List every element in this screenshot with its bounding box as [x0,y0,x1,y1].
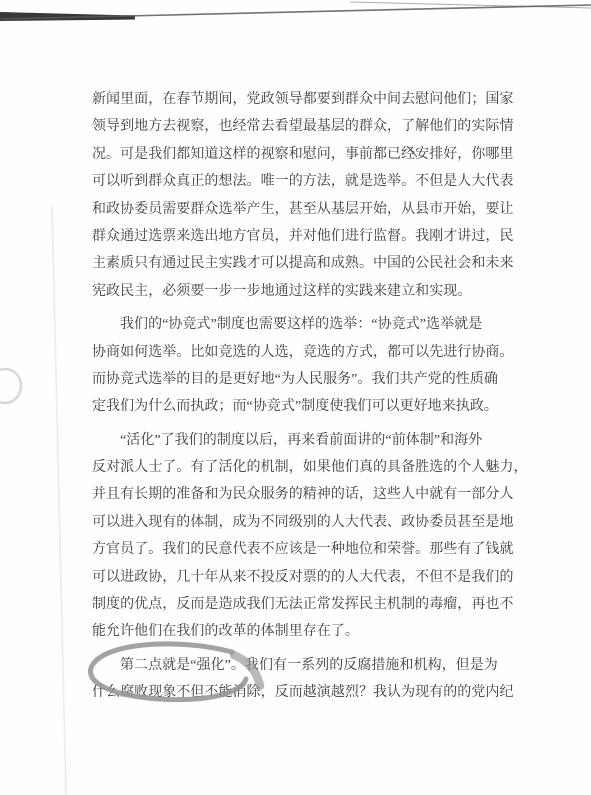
document-text: 新闻里面，在春节期间，党政领导都要到群众中间去慰问他们；国家领导到地方去视察，也… [92,86,518,707]
paper-edge-shadow [52,205,66,795]
margin-pencil-mark [0,369,21,403]
scan-edge-artifacts [0,2,591,21]
scan-edge-line-topright [350,2,591,8]
text-line: 宪政民主，必须要一步一步地通过这样的实践来建立和实现。 [92,278,518,305]
text-line: 并且有长期的准备和为民众服务的精神的话，这些人中就有一部分人 [92,481,518,508]
text-line: 能允许他们在我们的改革的体制里存在了。 [92,618,518,645]
text-line: 制度的优点，反而是造成我们无法正常发挥民主机制的毒瘤，再也不 [92,591,518,618]
scan-edge-wedge [0,12,135,21]
text-line: 新闻里面，在春节期间，党政领导都要到群众中间去慰问他们；国家 [92,86,518,113]
paragraph: 我们的“协竞式”制度也需要这样的选举：“协竞式”选举就是协商如何选举。比如竞选的… [92,311,518,421]
text-line: 主素质只有通过民主实践才可以提高和成熟。中国的公民社会和未来 [92,250,518,277]
text-line: 定我们为什么而执政；而“协竞式”制度使我们可以更好地来执政。 [92,393,518,420]
scan-edge-line-long [0,5,591,19]
text-line: 第二点就是“强化”。我们有一系列的反腐措施和机构，但是为 [92,652,518,679]
text-line: 领导到地方去视察，也经常去看望最基层的群众，了解他们的实际情 [92,113,518,140]
scanned-document-page: 新闻里面，在春节期间，党政领导都要到群众中间去慰问他们；国家领导到地方去视察，也… [0,0,591,795]
paragraph: “活化”了我们的制度以后，再来看前面讲的“前体制”和海外反对派人士了。有了活化的… [92,427,518,646]
text-line: 什么腐败现象不但不能消除，反而越演越烈？我认为现有的的党内纪 [92,679,518,706]
paragraph: 第二点就是“强化”。我们有一系列的反腐措施和机构，但是为什么腐败现象不但不能消除… [92,652,518,707]
text-line: 可以进政协，几十年从来不投反对票的的人大代表，不但不是我们的 [92,564,518,591]
paragraph: 新闻里面，在春节期间，党政领导都要到群众中间去慰问他们；国家领导到地方去视察，也… [92,86,518,305]
text-line: 群众通过选票来选出地方官员，并对他们进行监督。我刚才讲过，民 [92,223,518,250]
text-line: 和政协委员需要群众选举产生，甚至从基层开始，从县市开始，要让 [92,196,518,223]
text-line: 反对派人士了。有了活化的机制，如果他们真的具备胜选的个人魅力， [92,454,518,481]
text-line: 协商如何选举。比如竞选的人选，竞选的方式，都可以先进行协商。 [92,339,518,366]
text-line: “活化”了我们的制度以后，再来看前面讲的“前体制”和海外 [92,427,518,454]
text-line: 我们的“协竞式”制度也需要这样的选举：“协竞式”选举就是 [92,311,518,338]
text-line: 可以听到群众真正的想法。唯一的方法，就是选举。不但是人大代表 [92,168,518,195]
text-line: 可以进入现有的体制，成为不同级别的人大代表、政协委员甚至是地 [92,509,518,536]
text-line: 而协竞式选举的目的是更好地“为人民服务”。我们共产党的性质确 [92,366,518,393]
text-line: 况。可是我们都知道这样的视察和慰问，事前都已经安排好，你哪里 [92,141,518,168]
text-line: 方官员了。我们的民意代表不应该是一种地位和荣誉。那些有了钱就 [92,536,518,563]
